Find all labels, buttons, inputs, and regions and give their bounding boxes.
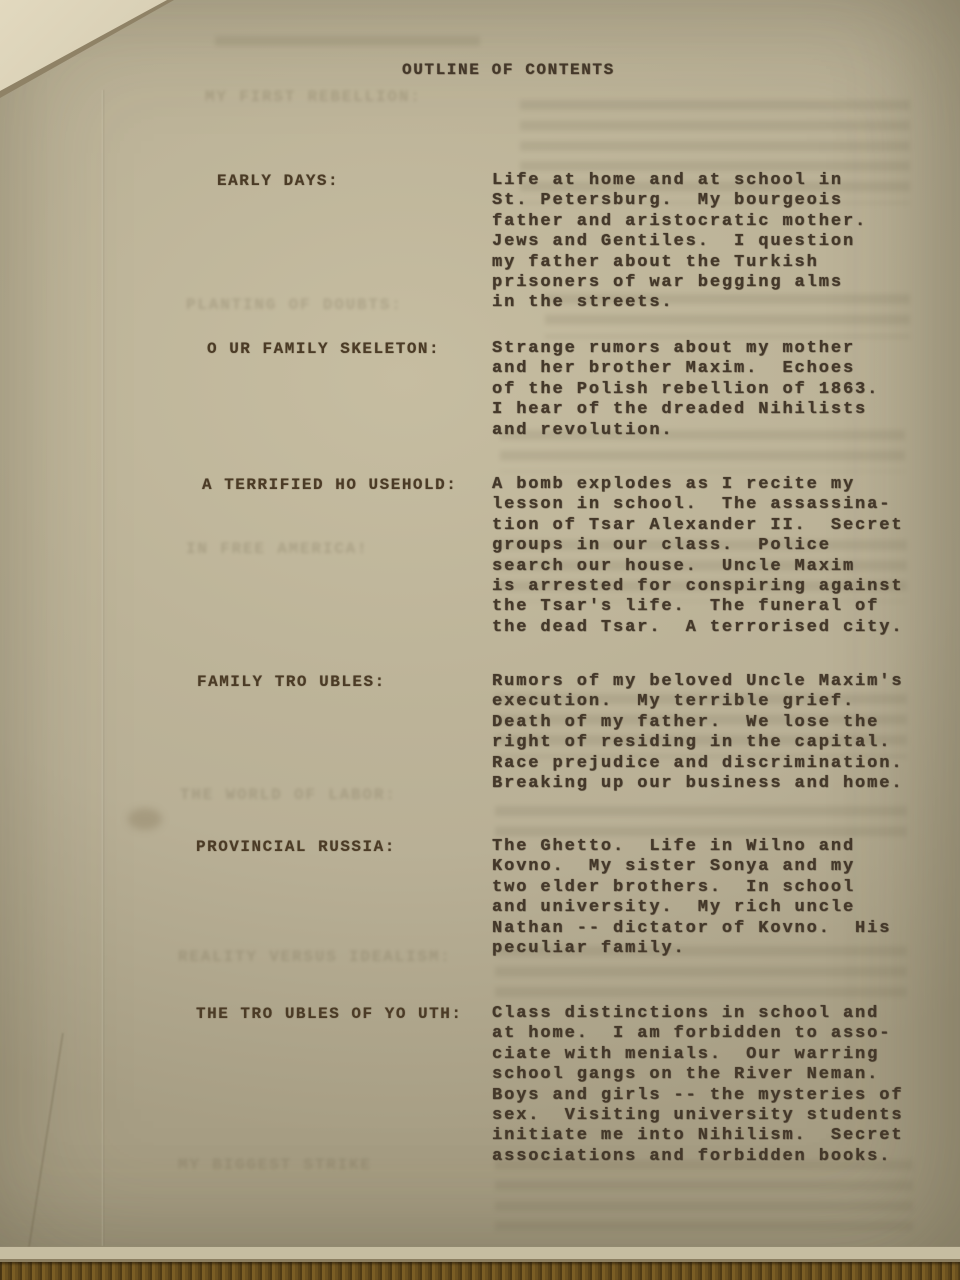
section-heading: FAMILY TRO UBLES: xyxy=(197,672,386,692)
photo-of-manuscript-page: MY FIRST REBELLION: PLANTING OF DOUBTS: … xyxy=(0,0,960,1280)
section-heading: THE TRO UBLES OF YO UTH: xyxy=(196,1004,462,1024)
section-heading: O UR FAMILY SKELETON: xyxy=(207,339,440,359)
wood-edge-bottom xyxy=(0,1262,960,1280)
section-body: Strange rumors about my mother and her b… xyxy=(492,339,879,441)
section-body: Class distinctions in school and at home… xyxy=(492,1004,903,1167)
section-heading: EARLY DAYS: xyxy=(217,171,339,191)
section-body: Rumors of my beloved Uncle Maxim's execu… xyxy=(492,672,903,794)
section-body: Life at home and at school in St. Peters… xyxy=(492,171,867,314)
section-heading: A TERRIFIED HO USEHOLD: xyxy=(202,475,457,495)
section-body: The Ghetto. Life in Wilno and Kovno. My … xyxy=(492,837,891,959)
typewritten-text-layer: OUTLINE OF CONTENTS EARLY DAYS: Life at … xyxy=(0,0,960,1262)
section-heading: PROVINCIAL RUSSIA: xyxy=(196,837,396,857)
typewritten-page: MY FIRST REBELLION: PLANTING OF DOUBTS: … xyxy=(0,0,960,1262)
page-title: OUTLINE OF CONTENTS xyxy=(402,61,615,79)
section-body: A bomb explodes as I recite my lesson in… xyxy=(492,475,903,638)
